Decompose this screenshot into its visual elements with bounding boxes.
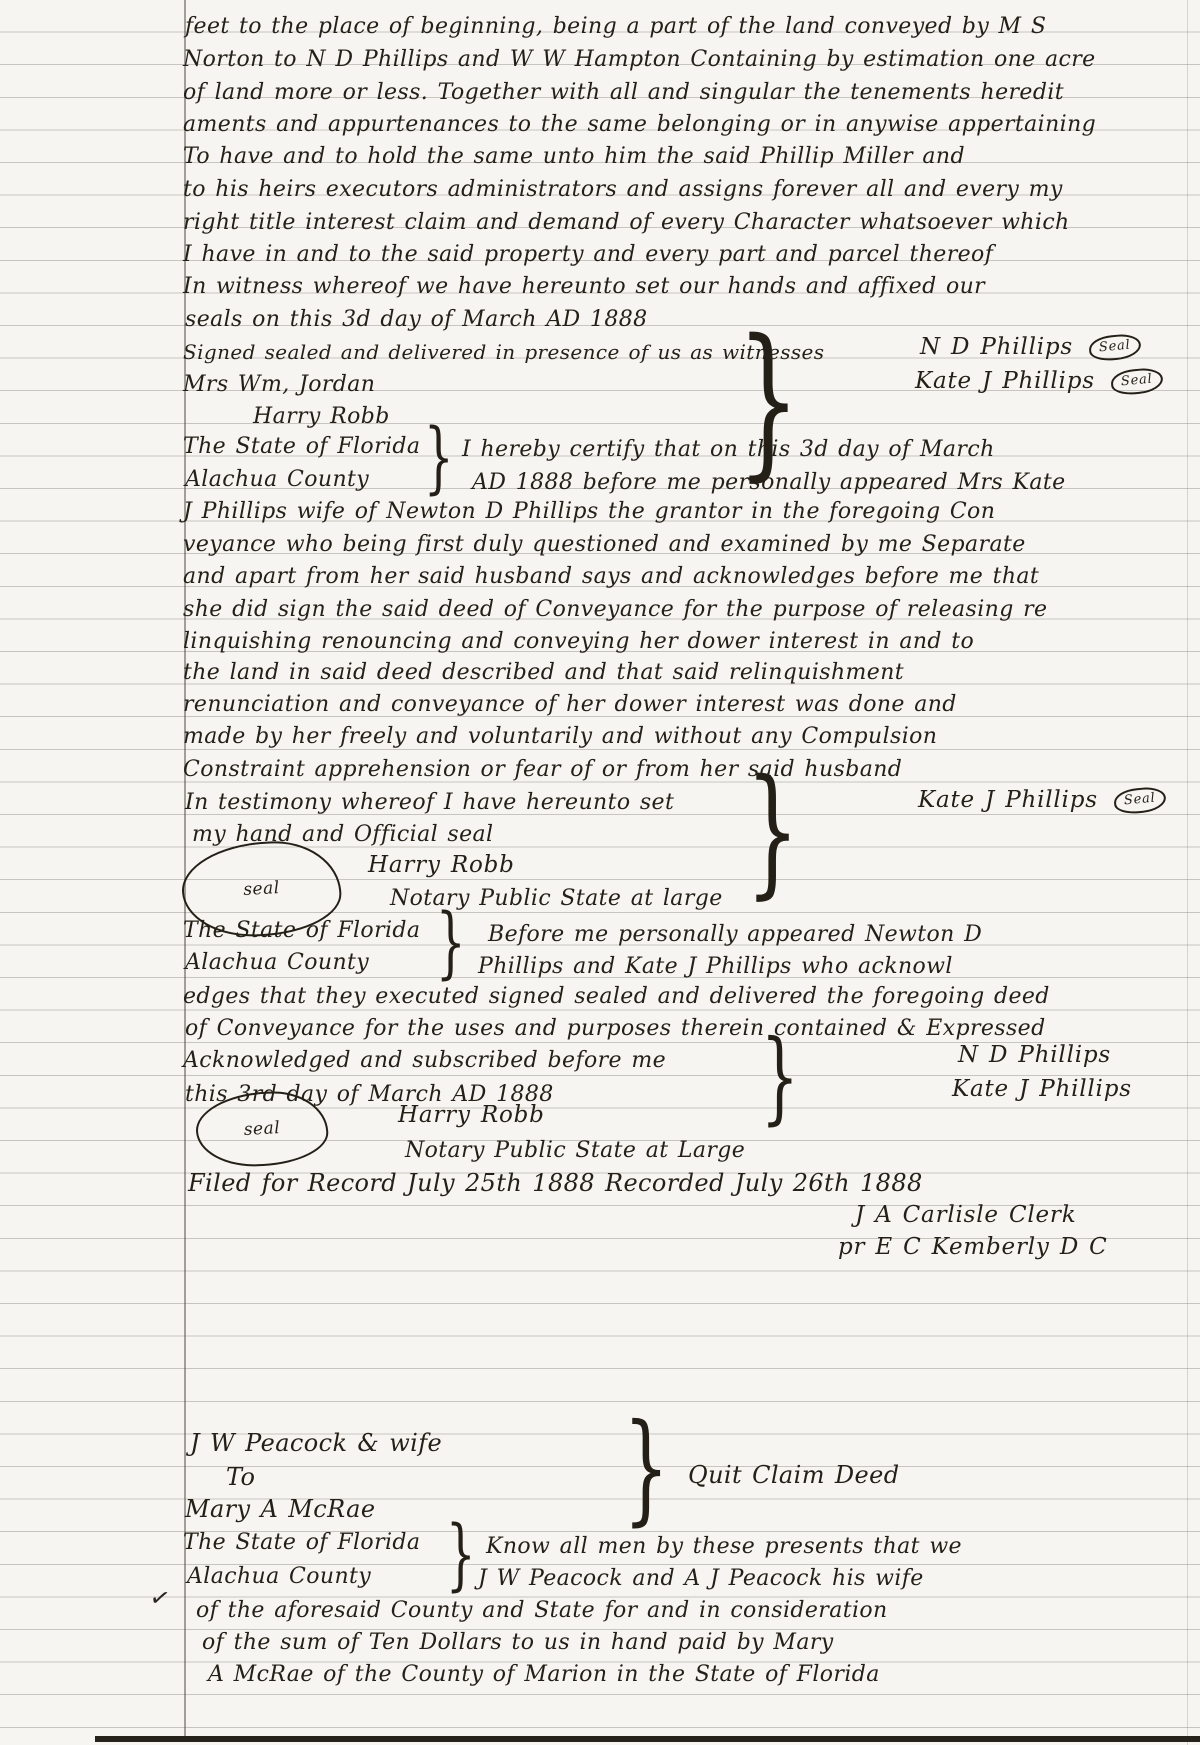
text-line: made by her freely and voluntarily and w… <box>183 722 937 752</box>
text-line: Norton to N D Phillips and W W Hampton C… <box>183 45 1096 75</box>
witness-name: Harry Robb <box>253 402 390 432</box>
seal-badge: Seal <box>1088 333 1142 362</box>
state-caption: The State of Florida <box>183 432 420 462</box>
brace: } <box>623 1418 669 1520</box>
county-caption: Alachua County <box>187 1562 371 1592</box>
text-line: renunciation and conveyance of her dower… <box>183 690 957 720</box>
page-edge <box>1187 0 1188 1745</box>
text-line: Before me personally appeared Newton D <box>488 920 982 950</box>
notary-signature: Harry Robb <box>368 850 515 880</box>
seal-badge: Seal <box>1113 786 1167 815</box>
text-line: feet to the place of beginning, being a … <box>185 12 1046 42</box>
county-caption: Alachua County <box>185 948 369 978</box>
brace: } <box>424 425 454 491</box>
text-line: of land more or less. Together with all … <box>183 78 1064 108</box>
brace: } <box>446 1522 476 1588</box>
text-line: In witness whereof we have hereunto set … <box>183 272 985 302</box>
deputy-clerk-signature: pr E C Kemberly D C <box>838 1232 1108 1262</box>
text-line: veyance who being first duly questioned … <box>183 530 1026 560</box>
state-caption: The State of Florida <box>183 916 420 946</box>
notary-title: Notary Public State at Large <box>405 1136 745 1166</box>
signature: N D PhillipsSeal <box>920 332 1141 362</box>
text-line: Acknowledged and subscribed before me <box>183 1046 666 1076</box>
text-line: Phillips and Kate J Phillips who acknowl <box>478 952 953 982</box>
text-line: Know all men by these presents that we <box>486 1532 962 1562</box>
signature: Kate J Phillips <box>952 1074 1132 1104</box>
text-line: to his heirs executors administrators an… <box>183 175 1063 205</box>
text-line: the land in said deed described and that… <box>183 658 904 688</box>
deed-title: Quit Claim Deed <box>688 1460 900 1490</box>
text-line: right title interest claim and demand of… <box>183 208 1070 238</box>
seal-badge: Seal <box>1110 367 1164 396</box>
filing-line: Filed for Record July 25th 1888 Recorded… <box>188 1168 923 1198</box>
notary-seal-text: seal <box>243 878 280 900</box>
grantee-name: Mary A McRae <box>185 1494 375 1524</box>
witness-name: Mrs Wm, Jordan <box>183 370 375 400</box>
grantor-name: J W Peacock & wife <box>190 1428 442 1458</box>
notary-signature: Harry Robb <box>398 1100 545 1130</box>
attestation-line: Signed sealed and delivered in presence … <box>183 337 824 367</box>
text-line: I have in and to the said property and e… <box>183 240 993 270</box>
text-line: A McRae of the County of Marion in the S… <box>208 1660 880 1690</box>
brace: } <box>761 1034 799 1119</box>
text-line: and apart from her said husband says and… <box>183 562 1039 592</box>
text-line: seals on this 3d day of March AD 1888 <box>185 305 648 335</box>
to-label: To <box>226 1462 255 1492</box>
signature-name: Kate J Phillips <box>915 368 1095 394</box>
signature-name: N D Phillips <box>920 334 1073 360</box>
state-caption: The State of Florida <box>183 1528 420 1558</box>
signature: N D Phillips <box>958 1040 1111 1070</box>
text-line: J W Peacock and A J Peacock his wife <box>478 1564 924 1594</box>
text-line: AD 1888 before me personally appeared Mr… <box>472 468 1066 498</box>
text-line: she did sign the said deed of Conveyance… <box>183 595 1047 625</box>
text-line: To have and to hold the same unto him th… <box>183 142 965 172</box>
text-line: aments and appurtenances to the same bel… <box>183 110 1096 140</box>
county-caption: Alachua County <box>185 465 369 495</box>
text-line: edges that they executed signed sealed a… <box>183 982 1050 1012</box>
text-line: In testimony whereof I have hereunto set <box>185 788 674 818</box>
brace: } <box>436 910 466 976</box>
deed-record-page: feet to the place of beginning, being a … <box>0 0 1200 1745</box>
brace: } <box>746 772 799 891</box>
notary-seal-text: seal <box>243 1118 280 1140</box>
text-line: I hereby certify that on this 3d day of … <box>462 435 995 465</box>
scan-bottom-edge <box>95 1736 1200 1742</box>
signature: Kate J PhillipsSeal <box>918 785 1166 815</box>
text-line: linquishing renouncing and conveying her… <box>183 627 974 657</box>
text-line: J Phillips wife of Newton D Phillips the… <box>183 497 995 527</box>
text-line: of Conveyance for the uses and purposes … <box>185 1014 1046 1044</box>
clerk-signature: J A Carlisle Clerk <box>855 1200 1076 1230</box>
text-line: of the sum of Ten Dollars to us in hand … <box>202 1628 834 1658</box>
margin-check-mark: ✓ <box>147 1582 172 1614</box>
text-line: of the aforesaid County and State for an… <box>196 1596 888 1626</box>
signature: Kate J PhillipsSeal <box>915 366 1163 396</box>
signature-name: Kate J Phillips <box>918 787 1098 813</box>
